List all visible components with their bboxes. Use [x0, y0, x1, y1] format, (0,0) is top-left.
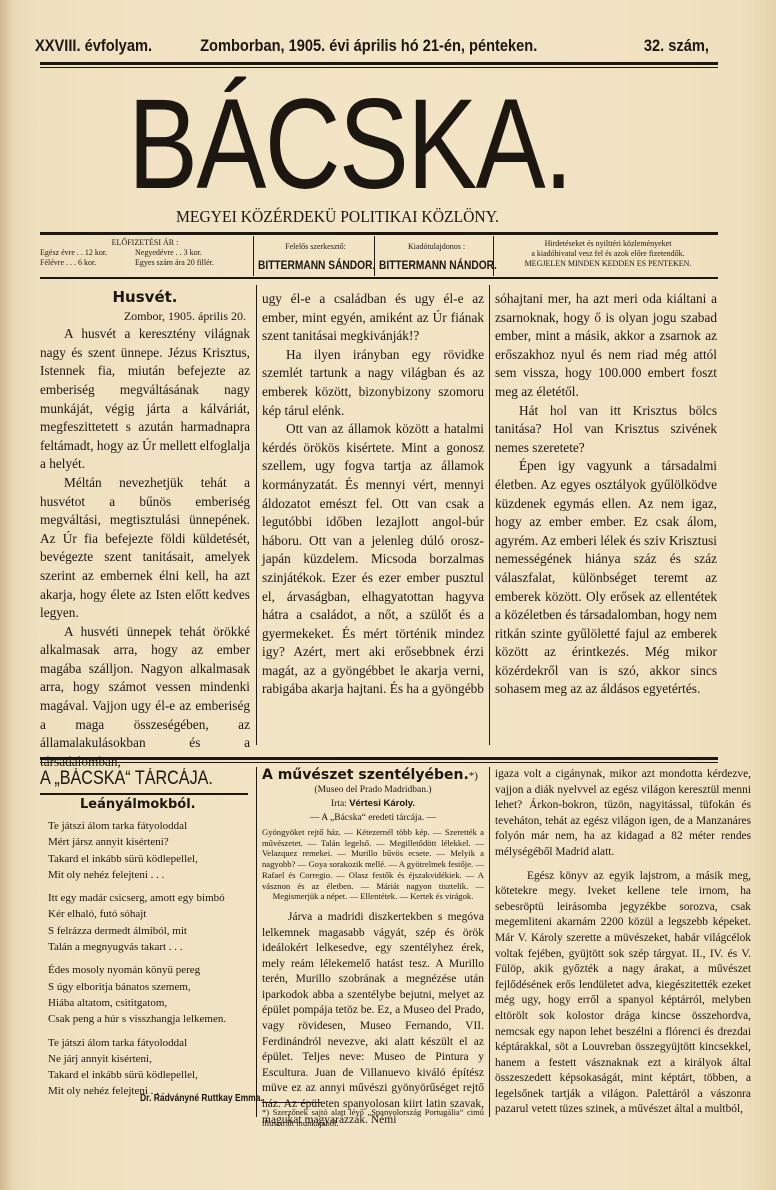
lead-article-dateline: Zombor, 1905. április 20. — [40, 307, 250, 326]
poem-author: Dr. Radványné Ruttkay Emma. — [140, 1093, 263, 1104]
poem-stanza: Itt egy madár csicserg, amott egy bimbóK… — [48, 890, 248, 955]
subscription-info: ELŐFIZETÉSI ÁR : Egész évre . . 12 kor.N… — [40, 236, 250, 276]
paragraph: Ha ilyen irányban egy rövidke szemlét ta… — [262, 346, 484, 420]
infobar-bottom-rule — [40, 277, 718, 279]
publisher-label: Kiadótulajdonos : — [379, 242, 494, 252]
lead-article-col1: Husvét. Zombor, 1905. április 20. A husv… — [40, 288, 250, 771]
art-article-title: A művészet szentélyében. — [262, 767, 469, 783]
ads-line-3: MEGJELEN MINDEN KEDDEN ES PENTEKEN. — [497, 259, 719, 269]
poem-line: Takard el inkább sürü ködlepellel, — [48, 1067, 248, 1083]
lead-article-col2: ugy él-e a családban és ugy él-e az embe… — [262, 290, 484, 699]
issue-header: XXVIII. évfolyam. Zomborban, 1905. évi á… — [35, 36, 624, 60]
poem-line: Takard el inkább sürü ködlepellel, — [48, 851, 248, 867]
art-article-origin: — A „Bácska“ eredeti tárcája. — — [262, 811, 484, 825]
poem-line: Te játszi álom tarka fátyoloddal — [48, 818, 248, 834]
subscription-title: ELŐFIZETÉSI ÁR : — [40, 238, 250, 248]
poem-line: Mért jársz annyit kisérteni? — [48, 834, 248, 850]
paragraph: Méltán nevezhetjük tehát a husvétot a bű… — [40, 474, 250, 623]
poem: Te játszi álom tarka fátyoloddalMért jár… — [48, 818, 248, 1107]
issue-number: 32. szám, — [644, 36, 709, 56]
volume-label: XXVIII. évfolyam. — [35, 36, 152, 56]
header-rule-thin — [40, 67, 718, 68]
subscription-single: Egyes szám ára 20 fillér. — [135, 258, 214, 267]
poem-stanza: Édes mosoly nyomán könyü peregS úgy elbo… — [48, 962, 248, 1027]
byline-name: Vértesi Károly. — [349, 798, 415, 809]
subscription-yearly: Egész évre . . 12 kor. — [40, 248, 135, 258]
ads-line-2: a kiadóhivatal vesz fel és azok előre fi… — [497, 249, 719, 259]
column-divider — [489, 285, 490, 745]
column-divider — [489, 767, 490, 1117]
infobar-divider — [253, 236, 254, 276]
subscription-halfyear: Félévre . . . 6 kor. — [40, 258, 135, 268]
tarca-section-title: A „BÁCSKA“ TÁRCÁJA. — [40, 768, 210, 790]
poem-line: S úgy elboritja bánatos szemem, — [48, 979, 248, 995]
poem-line: Csak peng a húr s visszhangja lelkemen. — [48, 1011, 248, 1027]
art-article-col3: igaza volt a cigánynak, mikor azt mondot… — [495, 767, 751, 1118]
editor-info: Felelős szerkesztő: BITTERMANN SÁNDOR. — [258, 236, 373, 276]
poem-stanza: Te játszi álom tarka fátyoloddalMért jár… — [48, 818, 248, 883]
art-article-subtitle: (Museo del Prado Madridban.) — [262, 783, 484, 797]
footnote-mark: *) — [469, 770, 478, 782]
art-article-summary: Gyöngyöket rejtő ház. — Kétezernél több … — [262, 827, 484, 902]
poem-line: Édes mosoly nyomán könyü pereg — [48, 962, 248, 978]
poem-title: Leányálmokból. — [80, 797, 196, 812]
dateline: Zomborban, 1905. évi április hó 21-én, p… — [200, 36, 537, 56]
ads-info: Hirdetéseket és nyilttéri közleményeket … — [497, 236, 719, 276]
poem-stanza: Te játszi álom tarka fátyoloddalNe járj … — [48, 1035, 248, 1100]
poem-line: Itt egy madár csicserg, amott egy bimbó — [48, 890, 248, 906]
poem-line: Kér elhaló, futó sóhajt — [48, 906, 248, 922]
poem-line: Te játszi álom tarka fátyoloddal — [48, 1035, 248, 1051]
publisher-name: BITTERMANN NÁNDOR. — [379, 258, 477, 272]
poem-line: Talán a megnyugvás takart . . . — [48, 939, 248, 955]
header-rule — [40, 62, 718, 65]
paragraph: A husvét a keresztény világnak nagy és s… — [40, 325, 250, 474]
infobar-divider — [493, 236, 494, 276]
poem-line: Ne járj annyit kisérteni, — [48, 1051, 248, 1067]
paragraph: A husvéti ünnepek tehát örökké alkalmasa… — [40, 623, 250, 772]
footnote: *) Szerzőnek sajtó alatt lévő „Spanyolor… — [262, 1102, 484, 1129]
editor-name: BITTERMANN SÁNDOR. — [258, 258, 356, 272]
paragraph: Épen igy vagyunk a társadalmi életben. A… — [495, 457, 717, 699]
poem-line: Mit oly nehéz felejteni . . . — [48, 867, 248, 883]
masthead-subtitle: MEGYEI KÖZÉRDEKÜ POLITIKAI KÖZLÖNY. — [176, 207, 562, 227]
lead-article-title: Husvét. — [40, 288, 250, 307]
paragraph: igaza volt a cigánynak, mikor azt mondot… — [495, 767, 751, 861]
poem-line: Hiába altatom, csititgatom, — [48, 995, 248, 1011]
ads-line-1: Hirdetéseket és nyilttéri közleményeket — [497, 239, 719, 249]
art-article: A művészet szentélyében.*) (Museo del Pr… — [262, 767, 484, 1128]
paragraph: Egész könyv az egyik lajstrom, a másik m… — [495, 869, 751, 1119]
paragraph: sóhajtani mer, ha azt meri oda kiáltani … — [495, 290, 717, 402]
editor-label: Felelős szerkesztő: — [258, 242, 373, 252]
section-rule — [40, 757, 718, 760]
section-rule-thin — [40, 762, 718, 763]
subscription-quarterly: Negyedévre . . 3 kor. — [135, 248, 202, 257]
infobar-top-rule — [40, 232, 718, 235]
paragraph: ugy él-e a családban és ugy él-e az embe… — [262, 290, 484, 346]
column-divider — [256, 285, 257, 745]
publisher-info: Kiadótulajdonos : BITTERMANN NÁNDOR. — [379, 236, 494, 276]
byline-label: Irta: — [331, 799, 347, 809]
paragraph: Ott van az államok között a hatalmi kérd… — [262, 420, 484, 699]
newspaper-page: XXVIII. évfolyam. Zomborban, 1905. évi á… — [0, 0, 776, 1190]
tarca-rule — [40, 793, 248, 795]
lead-article-col3: sóhajtani mer, ha azt meri oda kiáltani … — [495, 290, 717, 699]
column-divider — [256, 767, 257, 1117]
poem-line: S felrázza dermedt álmiból, mit — [48, 923, 248, 939]
infobar-divider — [374, 236, 375, 276]
paragraph: Járva a madridi diszkertekben s megóva l… — [262, 910, 484, 1128]
masthead-title: BÁCSKA. — [128, 90, 538, 200]
paragraph: Hát hol van itt Krisztus bölcs tanitása?… — [495, 402, 717, 458]
